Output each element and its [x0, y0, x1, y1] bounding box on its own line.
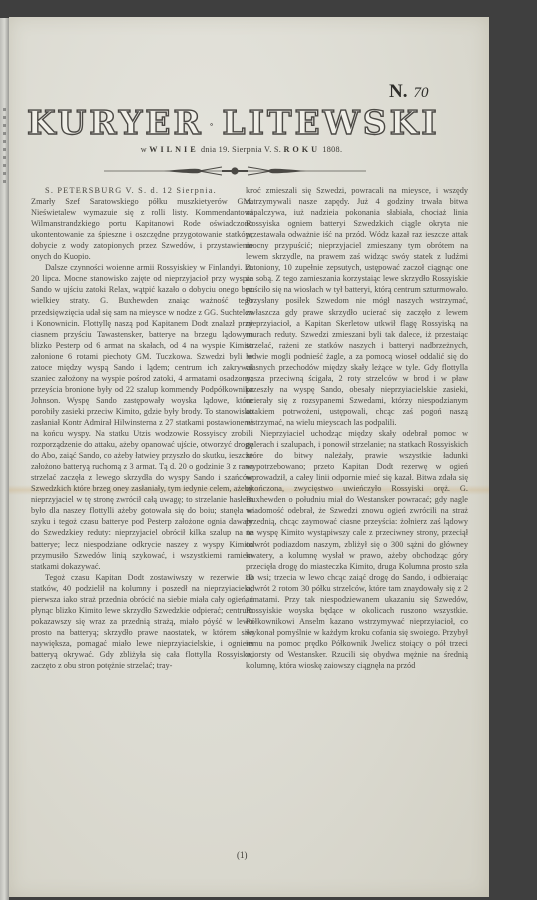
book-spine: [0, 18, 9, 900]
issue-number: N.70: [389, 81, 428, 103]
article-paragraph: Nieprzyiaciel uchodząc między skały odeb…: [246, 428, 468, 671]
article-paragraph: Dalsze czynności woienne armii Rossyiski…: [31, 262, 253, 571]
masthead-separator: ·: [210, 120, 216, 131]
spine-edge-marks: [3, 108, 6, 188]
newspaper-page: N.70 KURYER·LITEWSKI w WILNIE dnia 19. S…: [9, 17, 489, 897]
article-paragraph: Zmarły Szef Saratowskiego półku muszkiet…: [31, 196, 253, 262]
page-folio: (1): [237, 850, 248, 860]
dateline-date: dnia 19. Sierpnia V. S.: [201, 145, 281, 154]
dateline-year: 1808.: [322, 145, 342, 154]
dateline-city: WILNIE: [149, 145, 198, 154]
dateline-prefix: w: [141, 145, 147, 154]
article-heading: S. PETERSBURG V. S. d. 12 Sierpnia.: [31, 185, 253, 196]
masthead-word-1: KURYER: [27, 103, 204, 142]
issue-number-value: 70: [413, 85, 428, 101]
article-paragraph: Tegoż czasu Kapitan Dodt zostawiwszy w r…: [31, 572, 253, 671]
ornament-rule-icon: [104, 165, 366, 177]
right-column: kroć zmieszali się Szwedzi, powracali na…: [246, 185, 468, 671]
masthead-title: KURYER·LITEWSKI: [27, 103, 432, 142]
article-paragraph: kroć zmieszali się Szwedzi, powracali na…: [246, 185, 468, 428]
dateline: w WILNIE dnia 19. Sierpnia V. S. ROKU 18…: [99, 145, 384, 154]
left-column: S. PETERSBURG V. S. d. 12 Sierpnia. Zmar…: [31, 185, 253, 671]
masthead-word-2: LITEWSKI: [222, 103, 439, 142]
issue-prefix: N.: [389, 81, 407, 102]
dateline-roku: ROKU: [283, 145, 320, 154]
